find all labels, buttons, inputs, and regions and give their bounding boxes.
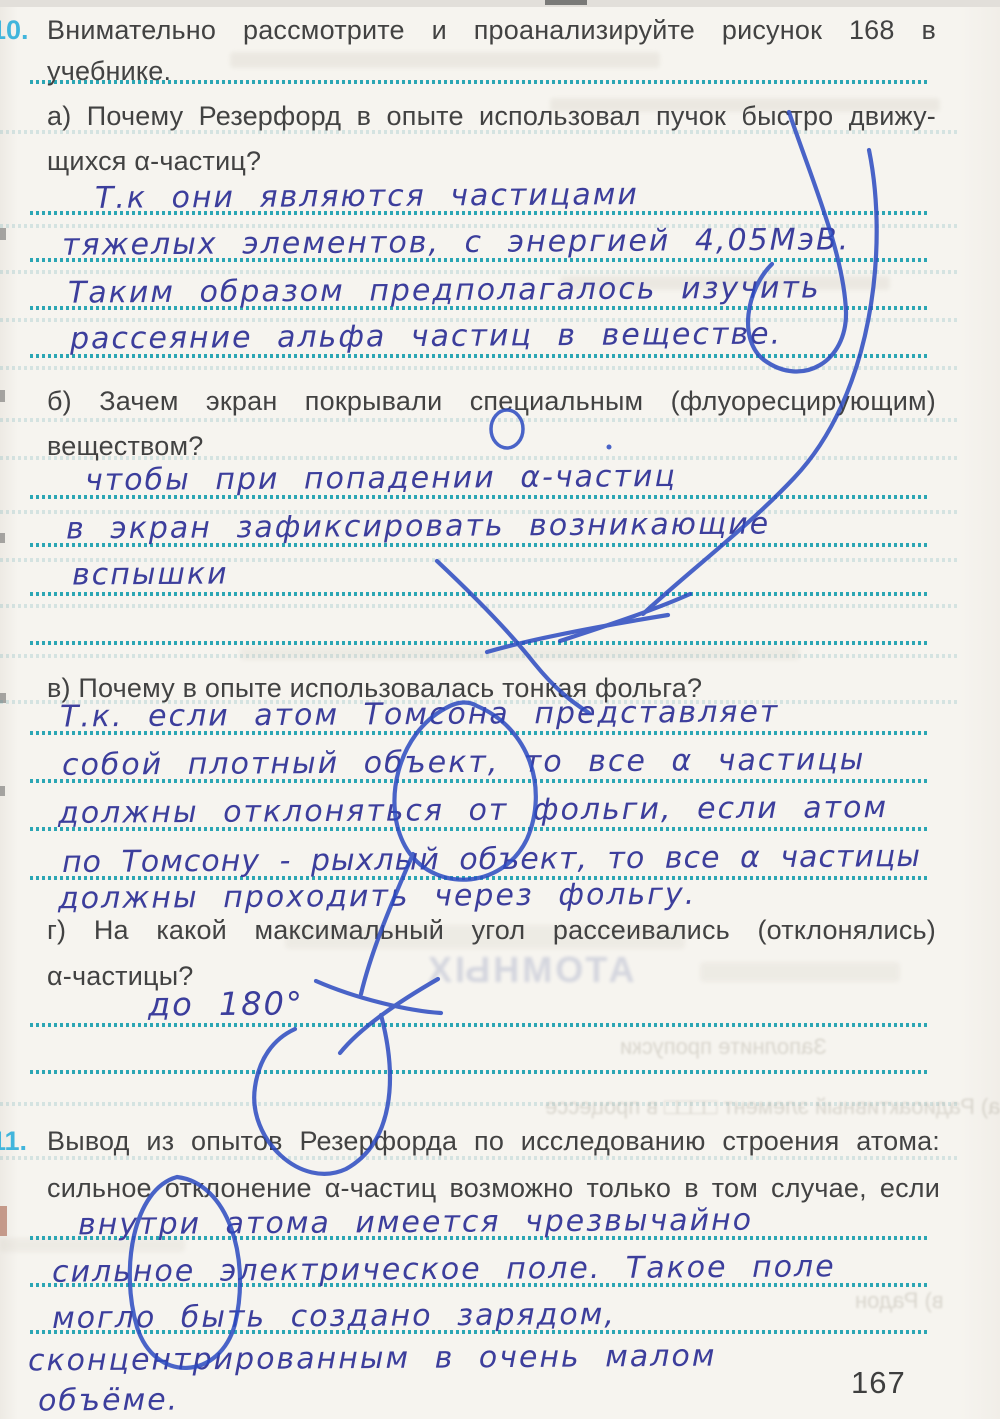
answer-11-line-2: сильное электрическое поле. Такое поле: [52, 1252, 836, 1287]
page-number: 167: [851, 1367, 906, 1398]
part-b-question-line-1: б) Зачем экран покрывали специальным (фл…: [47, 384, 936, 419]
answer-v-line-2: собой плотный объект, то все α частицы: [62, 745, 866, 781]
scan-left-mark: [0, 390, 5, 402]
answer-a-line-1: Т.к они являются частицами: [95, 180, 639, 214]
answer-v-line-5: должны проходить через фольгу.: [58, 880, 696, 914]
scan-top-mark: [545, 0, 587, 5]
scan-left-mark: [0, 228, 6, 240]
workbook-page: АТОМНЫХ Заполните пропуски а) Радиоактив…: [0, 0, 1000, 1419]
answer-line: [30, 592, 930, 596]
answer-b-line-3: вспышки: [72, 559, 229, 590]
answer-line: [30, 1070, 930, 1074]
ghost-blob: [240, 646, 800, 660]
answer-g: до 180°: [148, 987, 304, 1020]
ghost-ruling: [0, 366, 960, 370]
answer-11-line-3: могло быть создано зарядом,: [52, 1300, 616, 1334]
scan-left-mark: [0, 786, 5, 796]
scan-top-band: [0, 0, 1000, 7]
part-a-question-line-2: щихся α-частиц?: [47, 144, 261, 179]
part-g-question-line-1: г) На какой максимальный угол рассеивали…: [47, 913, 936, 948]
question-10-line-2: учебнике.: [47, 54, 171, 89]
answer-11-line-1: внутри атома имеется чрезвычайно: [78, 1206, 753, 1241]
answer-11-line-5: объёме.: [38, 1386, 179, 1417]
ghost-text: Заполните пропуски: [620, 1036, 827, 1058]
ghost-text: а) Радиоактивный элемент □□□□ в процессе: [545, 1096, 1000, 1118]
answer-v-line-4: по Томсону - рыхлый объект, то все α час…: [62, 842, 921, 878]
scan-left-mark: [0, 533, 5, 543]
answer-a-line-2: тяжелых элементов, с энергией 4,05МэВ.: [62, 225, 850, 261]
ghost-blob: [700, 962, 900, 982]
answer-v-line-1: Т.к. если атом Томсона представляет: [60, 697, 780, 732]
question-10-line-1: Внимательно рассмотрите и проанализируйт…: [47, 13, 936, 48]
answer-line: [30, 1023, 930, 1027]
question-11-line-2: сильное отклонение α-частиц возможно тол…: [47, 1171, 940, 1206]
question-11-number: 11.: [0, 1124, 27, 1159]
ghost-heading: АТОМНЫХ: [425, 952, 635, 988]
answer-b-line-1: чтобы при попадении α-частиц: [85, 462, 677, 496]
ghost-blob: [230, 52, 660, 68]
scribble-low-stroke-a: [316, 981, 441, 1013]
question-10-number: 10.: [0, 13, 29, 48]
part-a-question-line-1: а) Почему Резерфорд в опыте использовал …: [47, 99, 936, 134]
scribble-dot: [607, 445, 612, 450]
answer-v-line-3: должны отклоняться от фольги, если атом: [58, 793, 888, 829]
answer-11-line-4: сконцентрированным в очень малом: [28, 1342, 717, 1377]
scribble-cross-flick: [560, 594, 690, 641]
answer-line: [30, 641, 930, 645]
question-11-line-1: Вывод из опытов Резерфорда по исследован…: [47, 1124, 940, 1159]
scan-left-red-mark: [0, 1206, 7, 1236]
scribble-low-stroke-b: [340, 979, 438, 1053]
ghost-text: в) Радон: [855, 1290, 944, 1312]
part-b-question-line-2: веществом?: [47, 429, 204, 464]
answer-a-line-3: Таким образом предполагалось изучить: [68, 273, 821, 308]
answer-a-line-4: рассеяние альфа частиц в веществе.: [70, 320, 782, 355]
answer-b-line-2: в экран зафиксировать возникающие: [66, 510, 770, 545]
ghost-ruling: [0, 604, 960, 608]
